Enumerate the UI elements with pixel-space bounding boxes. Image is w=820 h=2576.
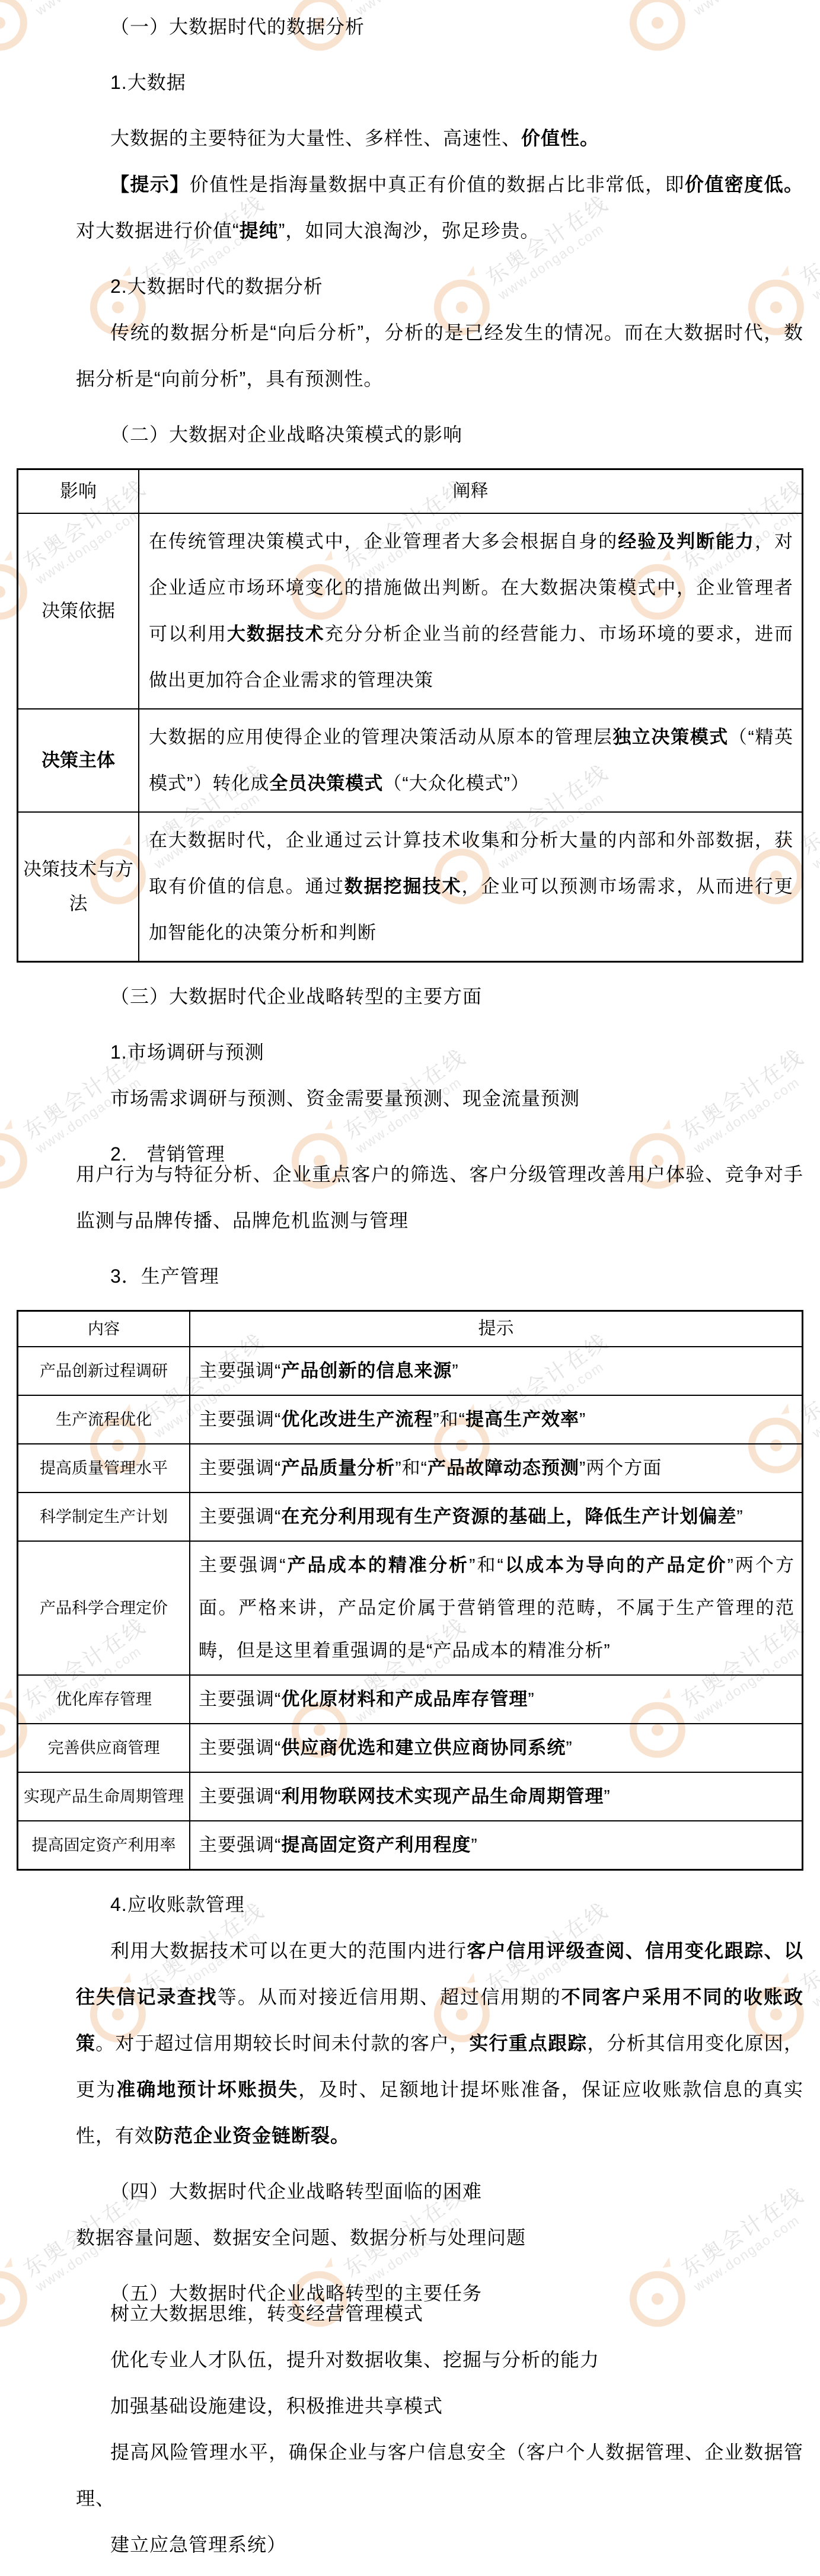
- para-task-risk: 提高风险管理水平，确保企业与客户信息安全（客户个人数据管理、企业数据管理、: [76, 2429, 803, 2521]
- table2-row4-text: 主要强调“在充分利用现有生产资源的基础上，降低生产计划偏差”: [190, 1492, 803, 1541]
- table-production-management: 内容 提示 产品创新过程调研 主要强调“产品创新的信息来源” 生产流程优化 主要…: [17, 1310, 803, 1871]
- para-task-talent: 优化专业人才队伍，提升对数据收集、挖掘与分析的能力: [76, 2337, 803, 2383]
- table-row: 产品科学合理定价 主要强调“产品成本的精准分析”和“以成本为导向的产品定价”两个…: [18, 1541, 803, 1675]
- watermark-url: www.dongao.com: [809, 1348, 820, 1441]
- para-market-research: 市场需求调研与预测、资金需要量预测、现金流量预测: [76, 1075, 803, 1121]
- table-row: 实现产品生命周期管理 主要强调“利用物联网技术实现产品生命周期管理”: [18, 1772, 803, 1821]
- table2-row3-text: 主要强调“产品质量分析”和“产品故障动态预测”两个方面: [190, 1444, 803, 1492]
- watermark-url: www.dongao.com: [809, 779, 820, 872]
- table2-row8-label: 实现产品生命周期管理: [18, 1772, 190, 1821]
- item-data-analysis: 2.大数据时代的数据分析: [76, 263, 803, 309]
- table2-row9-text: 主要强调“提高固定资产利用程度”: [190, 1821, 803, 1870]
- table2-row2-text: 主要强调“优化改进生产流程”和“提高生产效率”: [190, 1395, 803, 1444]
- table2-row3-label: 提高质量管理水平: [18, 1444, 190, 1492]
- table2-row2-label: 生产流程优化: [18, 1395, 190, 1444]
- para-traditional-analysis: 传统的数据分析是“向后分析”，分析的是已经发生的情况。而在大数据时代，数据分析是…: [76, 309, 803, 402]
- watermark-url: www.dongao.com: [809, 1917, 820, 2010]
- table2-row7-text: 主要强调“供应商优选和建立供应商协同系统”: [190, 1724, 803, 1772]
- table1-row2-label: 决策主体: [18, 709, 139, 812]
- heading-section-4: （四）大数据时代企业战略转型面临的困难: [76, 2168, 803, 2214]
- table1-row3-label: 决策技术与方法: [18, 812, 139, 962]
- heading-section-3: （三）大数据时代企业战略转型的主要方面: [76, 973, 803, 1019]
- table2-header-content: 内容: [18, 1311, 190, 1347]
- item-market-research: 1.市场调研与预测: [76, 1029, 803, 1075]
- para-marketing: 用户行为与特征分析、企业重点客户的筛选、客户分级管理改善用户体验、竞争对手监测与…: [76, 1151, 803, 1244]
- table1-row2-text: 大数据的应用使得企业的管理决策活动从原本的管理层独立决策模式（“精英模式”）转化…: [139, 709, 803, 812]
- item-production: 3．生产管理: [76, 1253, 803, 1299]
- table2-row9-label: 提高固定资产利用率: [18, 1821, 190, 1870]
- para-difficulties: 数据容量问题、数据安全问题、数据分析与处理问题: [76, 2214, 803, 2261]
- table2-row1-label: 产品创新过程调研: [18, 1347, 190, 1395]
- document-page: 东奥会计在线 www.dongao.com 东奥会计在线 www.dongao.…: [0, 0, 820, 2576]
- dongao-logo-icon: [0, 0, 38, 62]
- table2-row5-text: 主要强调“产品成本的精准分析”和“以成本为导向的产品定价”两个方面。严格来讲，产…: [190, 1541, 803, 1675]
- item-big-data: 1.大数据: [76, 59, 803, 106]
- table2-row6-text: 主要强调“优化原材料和产成品库存管理”: [190, 1675, 803, 1724]
- table-row: 决策主体 大数据的应用使得企业的管理决策活动从原本的管理层独立决策模式（“精英模…: [18, 709, 803, 812]
- para-task-risk-cont: 建立应急管理系统）: [76, 2521, 803, 2568]
- table-decision-mode-impact: 影响 阐释 决策依据 在传统管理决策模式中，企业管理者大多会根据自身的经验及判断…: [17, 468, 803, 963]
- document-content: （一）大数据时代的数据分析 1.大数据 大数据的主要特征为大量性、多样性、高速性…: [76, 4, 803, 2568]
- table1-header-explain: 阐释: [139, 469, 803, 514]
- dongao-logo-icon: [0, 2260, 38, 2337]
- table-row: 生产流程优化 主要强调“优化改进生产流程”和“提高生产效率”: [18, 1395, 803, 1444]
- table2-header-tip: 提示: [190, 1311, 803, 1347]
- table-row: 提高质量管理水平 主要强调“产品质量分析”和“产品故障动态预测”两个方面: [18, 1444, 803, 1492]
- para-big-data-features: 大数据的主要特征为大量性、多样性、高速性、价值性。: [76, 115, 803, 161]
- table1-header-impact: 影响: [18, 469, 139, 514]
- table-row: 决策技术与方法 在大数据时代，企业通过云计算技术收集和分析大量的内部和外部数据，…: [18, 812, 803, 962]
- item-receivables: 4.应收账款管理: [76, 1881, 803, 1928]
- table1-row1-text: 在传统管理决策模式中，企业管理者大多会根据自身的经验及判断能力，对企业适应市场环…: [139, 513, 803, 709]
- para-receivables: 利用大数据技术可以在更大的范围内进行客户信用评级查阅、信用变化跟踪、以往失信记录…: [76, 1928, 803, 2159]
- para-task-infrastructure: 加强基础设施建设，积极推进共享模式: [76, 2383, 803, 2429]
- table1-row1-label: 决策依据: [18, 513, 139, 709]
- table-row: 优化库存管理 主要强调“优化原材料和产成品库存管理”: [18, 1675, 803, 1724]
- table-row: 科学制定生产计划 主要强调“在充分利用现有生产资源的基础上，降低生产计划偏差”: [18, 1492, 803, 1541]
- table2-row5-label: 产品科学合理定价: [18, 1541, 190, 1675]
- table-row: 决策依据 在传统管理决策模式中，企业管理者大多会根据自身的经验及判断能力，对企业…: [18, 513, 803, 709]
- table-header-row: 影响 阐释: [18, 469, 803, 514]
- dongao-logo-icon: [0, 1122, 38, 1199]
- table-row: 产品创新过程调研 主要强调“产品创新的信息来源”: [18, 1347, 803, 1395]
- table-row: 完善供应商管理 主要强调“供应商优选和建立供应商协同系统”: [18, 1724, 803, 1772]
- table2-row7-label: 完善供应商管理: [18, 1724, 190, 1772]
- table2-row6-label: 优化库存管理: [18, 1675, 190, 1724]
- table-header-row: 内容 提示: [18, 1311, 803, 1347]
- table2-row8-text: 主要强调“利用物联网技术实现产品生命周期管理”: [190, 1772, 803, 1821]
- heading-section-2: （二）大数据对企业战略决策模式的影响: [76, 411, 803, 458]
- watermark-url: www.dongao.com: [809, 210, 820, 303]
- table1-row3-text: 在大数据时代，企业通过云计算技术收集和分析大量的内部和外部数据，获取有价值的信息…: [139, 812, 803, 962]
- table-row: 提高固定资产利用率 主要强调“提高固定资产利用程度”: [18, 1821, 803, 1870]
- heading-section-1: （一）大数据时代的数据分析: [76, 4, 803, 50]
- table2-row4-label: 科学制定生产计划: [18, 1492, 190, 1541]
- para-tip-value-density: 【提示】价值性是指海量数据中真正有价值的数据占比非常低，即价值密度低。对大数据进…: [76, 161, 803, 254]
- table2-row1-text: 主要强调“产品创新的信息来源”: [190, 1347, 803, 1395]
